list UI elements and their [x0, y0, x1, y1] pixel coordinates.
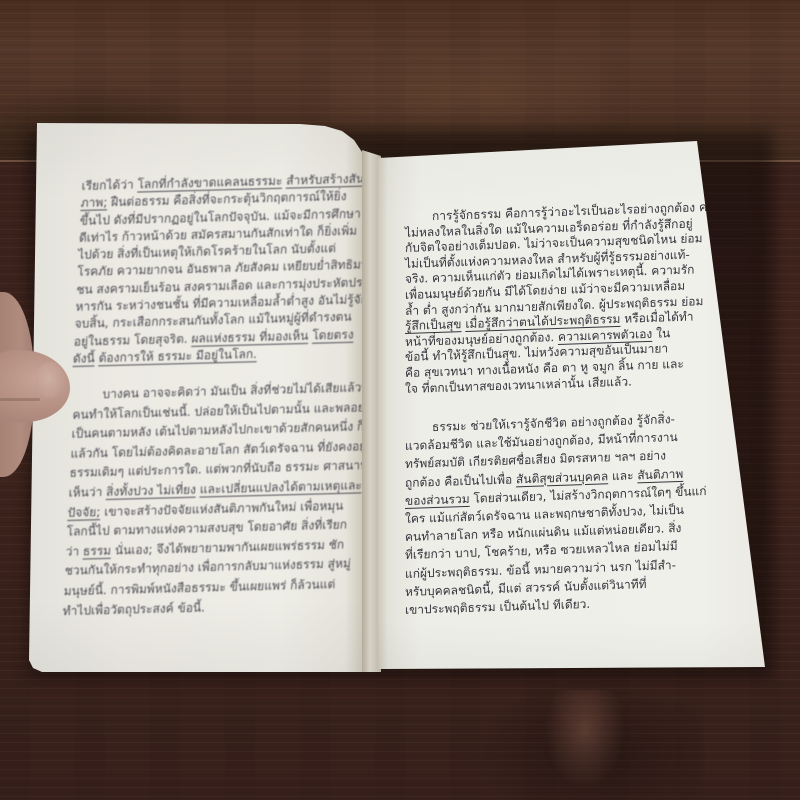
underlined-phrase: ผลแห่งธรรม ที่มองเห็น	[191, 329, 309, 346]
right-page-paragraph-2: ธรรมะ ช่วยให้เรารู้จักชีวิต อย่างถูกต้อง…	[405, 410, 690, 619]
underlined-phrase: สันติภาพ	[637, 466, 683, 482]
underlined-phrase: ต้องการให้ ธรรมะ มีอยู่ในโลก.	[98, 347, 257, 365]
text-segment: ว่า	[65, 544, 83, 558]
text-segment: ถูกต้อง คือเป็นไปเพื่อ	[405, 472, 516, 490]
text-segment: และ	[608, 468, 637, 483]
underlined-phrase: สันติสุขส่วนบุคคล	[516, 469, 608, 486]
light-reflection	[545, 690, 625, 790]
underlined-phrase: ภาพ;	[80, 196, 107, 211]
thumb-crease	[0, 398, 40, 401]
underlined-phrase: โลกที่กำลังขาดแคลนธรรมะ	[137, 174, 283, 192]
underlined-phrase: และเปลี่ยนแปลงได้ตามเหตุและ	[199, 478, 362, 496]
underlined-phrase: ของส่วนรวม	[405, 492, 470, 508]
text-segment: นั่นเอง; จึงได้พยายามพากันเผยแพร่ธรรม ชั…	[111, 538, 345, 558]
underlined-phrase: ธรรม	[83, 544, 112, 559]
underlined-phrase: ปัจจัย;	[67, 505, 100, 520]
left-page-paragraph-1: เรียกได้ว่า โลกที่กำลังขาดแคลนธรรมะ สำหร…	[72, 171, 350, 368]
photo-scene: เรียกได้ว่า โลกที่กำลังขาดแคลนธรรมะ สำหร…	[0, 0, 800, 800]
underlined-phrase: สิ่งทั้งปวง ไม่เที่ยง	[106, 483, 197, 499]
text-segment: เห็นว่า	[68, 485, 106, 500]
underlined-phrase: ความเคารพตัวเอง	[558, 327, 652, 344]
text-segment: ใน	[652, 326, 670, 341]
thumbnail	[36, 362, 64, 398]
text-segment: เรียกได้ว่า	[81, 178, 138, 193]
underlined-phrase: ดังนี้	[73, 351, 96, 366]
right-page-paragraph-1: การรู้จักธรรม คือการรู้ว่าอะไรเป็นอะไรอย…	[405, 201, 690, 398]
underlined-phrase: โดยตรง	[312, 327, 354, 342]
text-segment: อยู่ในธรรม โดยสุจริต.	[73, 332, 191, 349]
underlined-phrase: รู้สึกเป็นสุข	[405, 317, 461, 333]
text-segment: หรือเมื่อได้ทำ	[620, 310, 693, 326]
left-page-paragraph-2: บางคน อาจจะคิดว่า มันเป็น สิ่งที่ช่วยไม่…	[62, 379, 356, 621]
text-segment: เขาจะสร้างปัจจัยแห่งสันติภาพกันใหม่ เพื่…	[100, 498, 344, 518]
